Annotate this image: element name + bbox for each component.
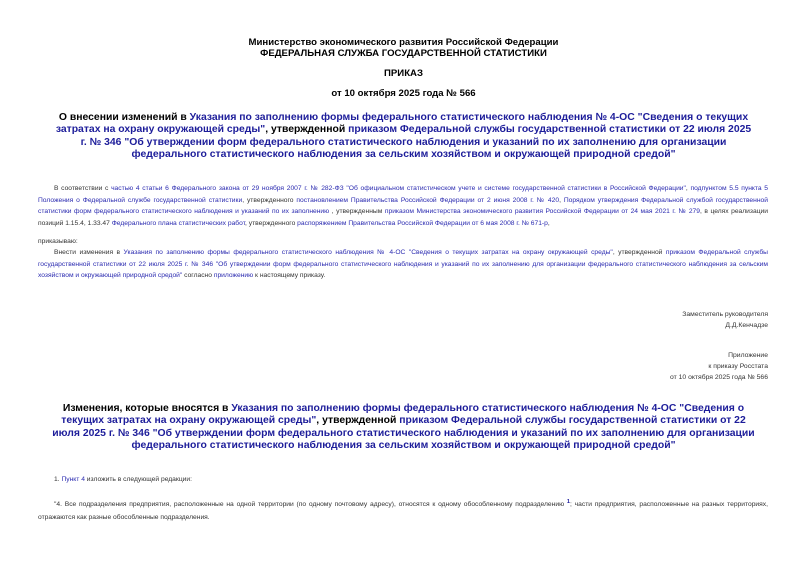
signer-name: Д.Д.Кенчадзе — [682, 320, 768, 331]
item-1: 1. Пункт 4 изложить в следующей редакции… — [38, 474, 768, 486]
appendix-reference: Приложение к приказу Росстата от 10 октя… — [670, 350, 768, 384]
link-item-4[interactable]: Пункт 4 — [61, 476, 85, 483]
signature-block: Заместитель руководителя Д.Д.Кенчадзе — [682, 309, 768, 331]
preamble-paragraph: В соответствии с частью 4 статьи 6 Федер… — [38, 183, 768, 229]
link-decree-671r[interactable]: распоряжением Правительства Российской Ф… — [297, 220, 548, 227]
document-date: от 10 октября 2025 года № 566 — [0, 88, 807, 99]
ministry-heading: Министерство экономического развития Рос… — [0, 37, 807, 48]
service-heading: ФЕДЕРАЛЬНАЯ СЛУЖБА ГОСУДАРСТВЕННОЙ СТАТИ… — [0, 48, 807, 59]
link-federal-plan[interactable]: Федерального плана статистических работ — [112, 220, 245, 227]
link-order-279[interactable]: приказом Министерства экономического раз… — [385, 208, 700, 215]
link-resolution-420[interactable]: постановлением Правительства Российской … — [296, 197, 559, 204]
link-federal-law-282[interactable]: частью 4 статьи 6 Федерального закона от… — [111, 185, 686, 192]
document-type: ПРИКАЗ — [0, 68, 807, 79]
order-title: О внесении изменений в Указания по запол… — [52, 112, 755, 162]
link-appendix[interactable]: приложению — [214, 272, 253, 279]
changes-title: Изменения, которые вносятся в Указания п… — [52, 403, 755, 453]
link-instructions-4os[interactable]: Указания по заполнению формы федеральног… — [124, 249, 613, 256]
signer-position: Заместитель руководителя — [682, 309, 768, 320]
order-paragraph: Внести изменения в Указания по заполнени… — [38, 247, 768, 282]
item-1-new-text: "4. Все подразделения предприятия, распо… — [38, 496, 768, 524]
order-word: приказываю: — [38, 236, 768, 248]
